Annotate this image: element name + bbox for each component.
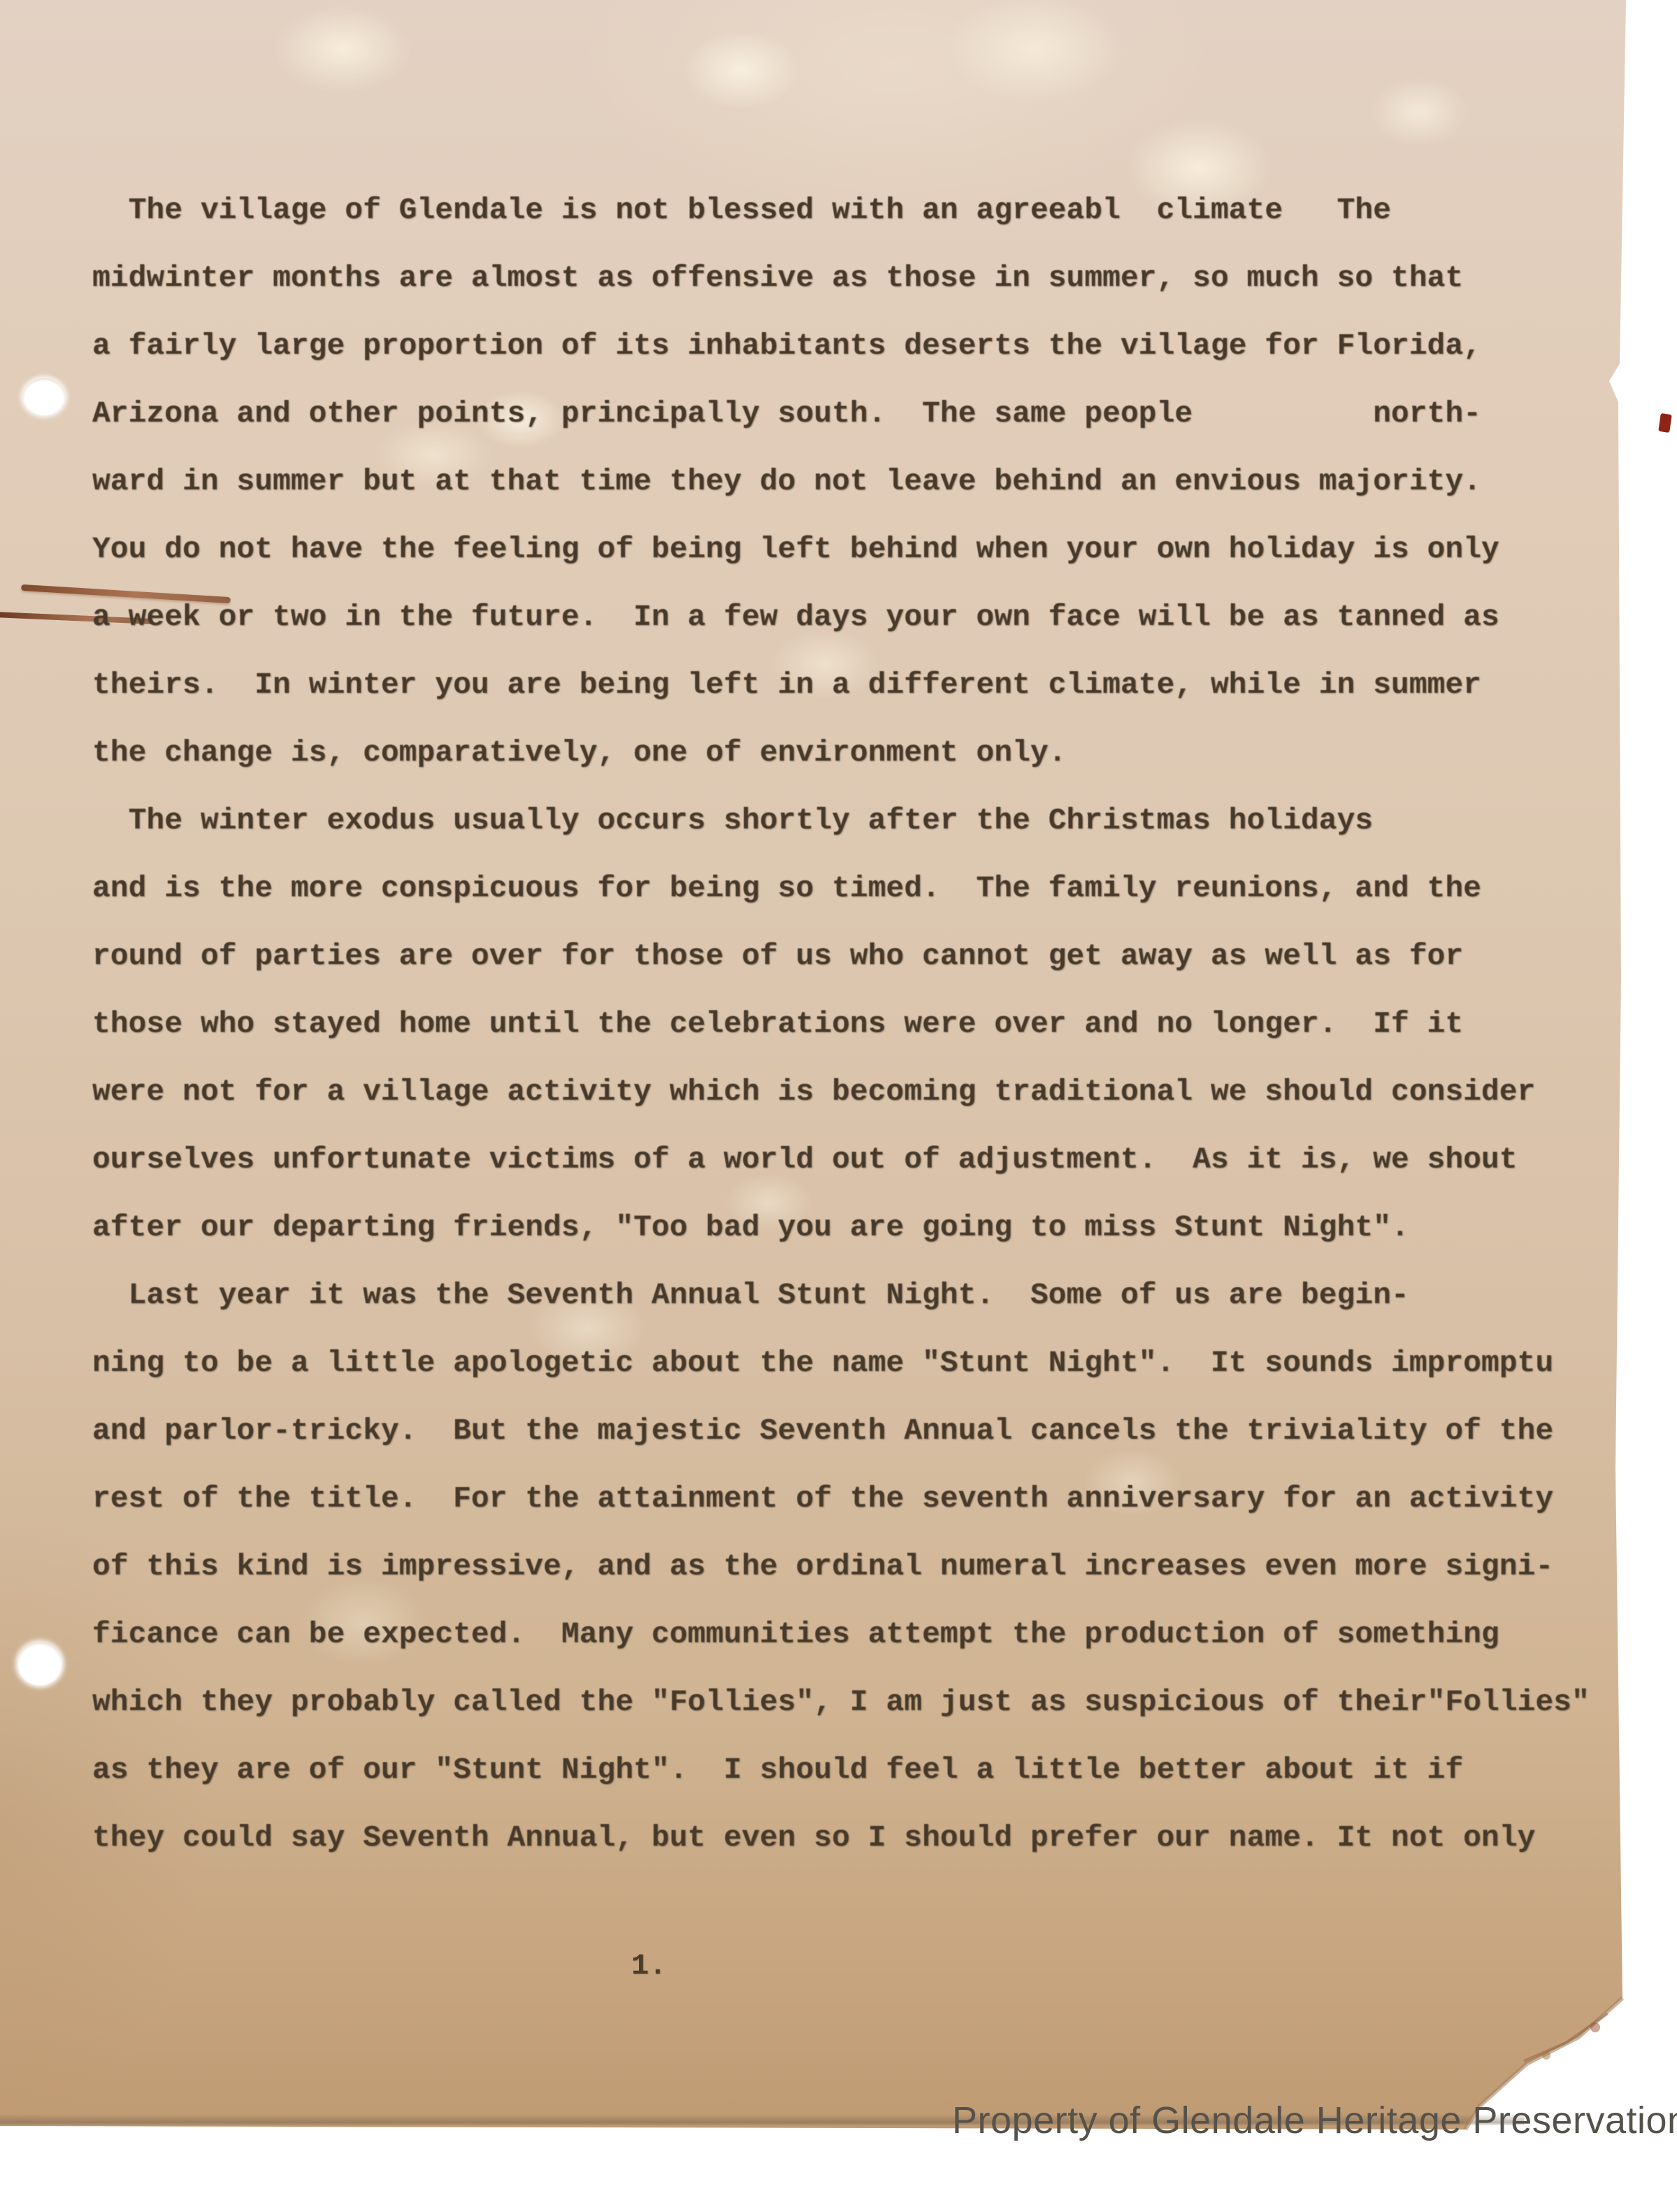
text-line: Arizona and other points, principally so… (92, 380, 1613, 447)
text-line: ficance can be expected. Many communitie… (92, 1600, 1613, 1668)
text-line: which they probably called the "Follies"… (92, 1668, 1613, 1736)
typewritten-text: The village of Glendale is not blessed w… (92, 176, 1613, 1872)
text-line: round of parties are over for those of u… (92, 922, 1613, 990)
hole-punch-bottom (17, 1642, 62, 1686)
text-line: after our departing friends, "Too bad yo… (92, 1193, 1613, 1261)
text-line: the change is, comparatively, one of env… (92, 719, 1613, 787)
text-line: theirs. In winter you are being left in … (92, 651, 1613, 719)
text-line: The winter exodus usually occurs shortly… (92, 787, 1613, 854)
text-line: The village of Glendale is not blessed w… (92, 176, 1613, 244)
text-line: midwinter months are almost as offensive… (92, 244, 1613, 312)
text-line: ourselves unfortunate victims of a world… (92, 1126, 1613, 1193)
text-line: rest of the title. For the attainment of… (92, 1465, 1613, 1532)
text-line: ward in summer but at that time they do … (92, 447, 1613, 515)
hole-punch-top (23, 378, 65, 415)
text-line: You do not have the feeling of being lef… (92, 515, 1613, 583)
text-line: and is the more conspicuous for being so… (92, 854, 1613, 922)
text-line: ning to be a little apologetic about the… (92, 1329, 1613, 1397)
page-number: 1. (631, 1949, 666, 1983)
text-line: Last year it was the Seventh Annual Stun… (92, 1261, 1613, 1329)
text-line: they could say Seventh Annual, but even … (92, 1804, 1613, 1872)
text-line: a week or two in the future. In a few da… (92, 583, 1613, 651)
red-edge-mark (1658, 413, 1671, 433)
text-line: of this kind is impressive, and as the o… (92, 1532, 1613, 1600)
text-line: those who stayed home until the celebrat… (92, 990, 1613, 1058)
text-line: as they are of our "Stunt Night". I shou… (92, 1736, 1613, 1804)
watermark: Property of Glendale Heritage Preservati… (952, 2099, 1677, 2142)
scanned-page: The village of Glendale is not blessed w… (0, 0, 1677, 2212)
text-line: were not for a village activity which is… (92, 1058, 1613, 1126)
text-line: a fairly large proportion of its inhabit… (92, 312, 1613, 380)
text-line: and parlor-tricky. But the majestic Seve… (92, 1397, 1613, 1465)
